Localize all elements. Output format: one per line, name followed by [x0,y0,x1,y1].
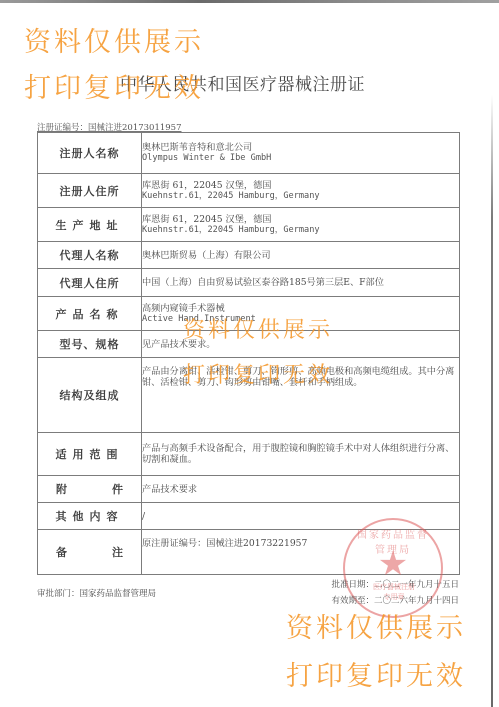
row-label: 代理人名称 [38,242,142,269]
approval-date: 批准日期：二〇二一年九月十五日 [309,577,459,593]
value-line-cn: / [142,511,459,522]
table-row: 附件 产品技术要求 [38,476,460,503]
table-row: 注册人住所 库恩街 61，22045 汉堡，德国 Kuehnstr.61，220… [38,174,460,208]
watermark-top-line1: 资料仅供展示 [24,20,204,59]
value-line-cn: 库恩街 61，22045 汉堡，德国 [142,214,459,225]
table-row: 生产地址 库恩街 61，22045 汉堡，德国 Kuehnstr.61，2204… [38,208,460,242]
row-value: 产品技术要求 [142,476,460,503]
row-label: 产品名称 [38,297,142,331]
row-label: 代理人住所 [38,269,142,297]
scan-top-edge [0,0,499,3]
table-row: 适用范围 产品与高频手术设备配合，用于腹腔镜和胸腔镜手术中对人体组织进行分离、切… [38,433,460,476]
table-row: 代理人名称 奥林巴斯贸易（上海）有限公司 [38,242,460,269]
row-label: 结构及组成 [38,358,142,433]
row-label: 型号、规格 [38,331,142,358]
value-line-cn: 中国（上海）自由贸易试验区泰谷路185号第三层E、F部位 [142,277,459,288]
value-line-cn: 产品与高频手术设备配合，用于腹腔镜和胸腔镜手术中对人体组织进行分离、切割和凝血。 [142,443,459,465]
table-row: 注册人名称 奥林巴斯苇音特和意北公司 Olympus Winter & Ibe … [38,133,460,174]
table-row: 代理人住所 中国（上海）自由贸易试验区泰谷路185号第三层E、F部位 [38,269,460,297]
watermark-middle-line1: 资料仅供展示 [183,313,333,344]
row-value: 产品与高频手术设备配合，用于腹腔镜和胸腔镜手术中对人体组织进行分离、切割和凝血。 [142,433,460,476]
approval-department: 审批部门：国家药品监督管理局 [37,587,156,599]
value-line-cn: 库恩街 61，22045 汉堡，德国 [142,180,459,191]
watermark-top-line2: 打印复印无效 [24,66,204,105]
value-line-en: Kuehnstr.61，22045 Hamburg，Germany [142,191,459,202]
watermark-bottom-line1: 资料仅供展示 [286,606,466,645]
scan-right-edge [491,95,493,707]
value-line-cn: 产品技术要求 [142,484,459,495]
row-value: 库恩街 61，22045 汉堡，德国 Kuehnstr.61，22045 Ham… [142,174,460,208]
value-line-cn: 奥林巴斯贸易（上海）有限公司 [142,250,459,261]
row-label: 备注 [38,530,142,575]
certificate-table: 注册人名称 奥林巴斯苇音特和意北公司 Olympus Winter & Ibe … [37,132,460,575]
value-line-en: Kuehnstr.61，22045 Hamburg，Germany [142,225,459,236]
value-line-en: Olympus Winter & Ibe GmbH [142,153,459,164]
watermark-middle-line2: 打印复印无效 [183,358,333,389]
row-value: 库恩街 61，22045 汉堡，德国 Kuehnstr.61，22045 Ham… [142,208,460,242]
row-label: 其他内容 [38,503,142,530]
value-line-cn: 高频内窥镜手术器械 [142,303,459,314]
row-label: 生产地址 [38,208,142,242]
row-label: 附件 [38,476,142,503]
approval-dates: 批准日期：二〇二一年九月十五日 有效期至：二〇二六年九月十四日 [309,577,459,609]
row-value: 中国（上海）自由贸易试验区泰谷路185号第三层E、F部位 [142,269,460,297]
value-line-cn: 奥林巴斯苇音特和意北公司 [142,142,459,153]
row-label: 注册人名称 [38,133,142,174]
row-value: 奥林巴斯苇音特和意北公司 Olympus Winter & Ibe GmbH [142,133,460,174]
watermark-bottom-line2: 打印复印无效 [286,654,466,693]
row-label: 适用范围 [38,433,142,476]
row-value: 奥林巴斯贸易（上海）有限公司 [142,242,460,269]
row-label: 注册人住所 [38,174,142,208]
